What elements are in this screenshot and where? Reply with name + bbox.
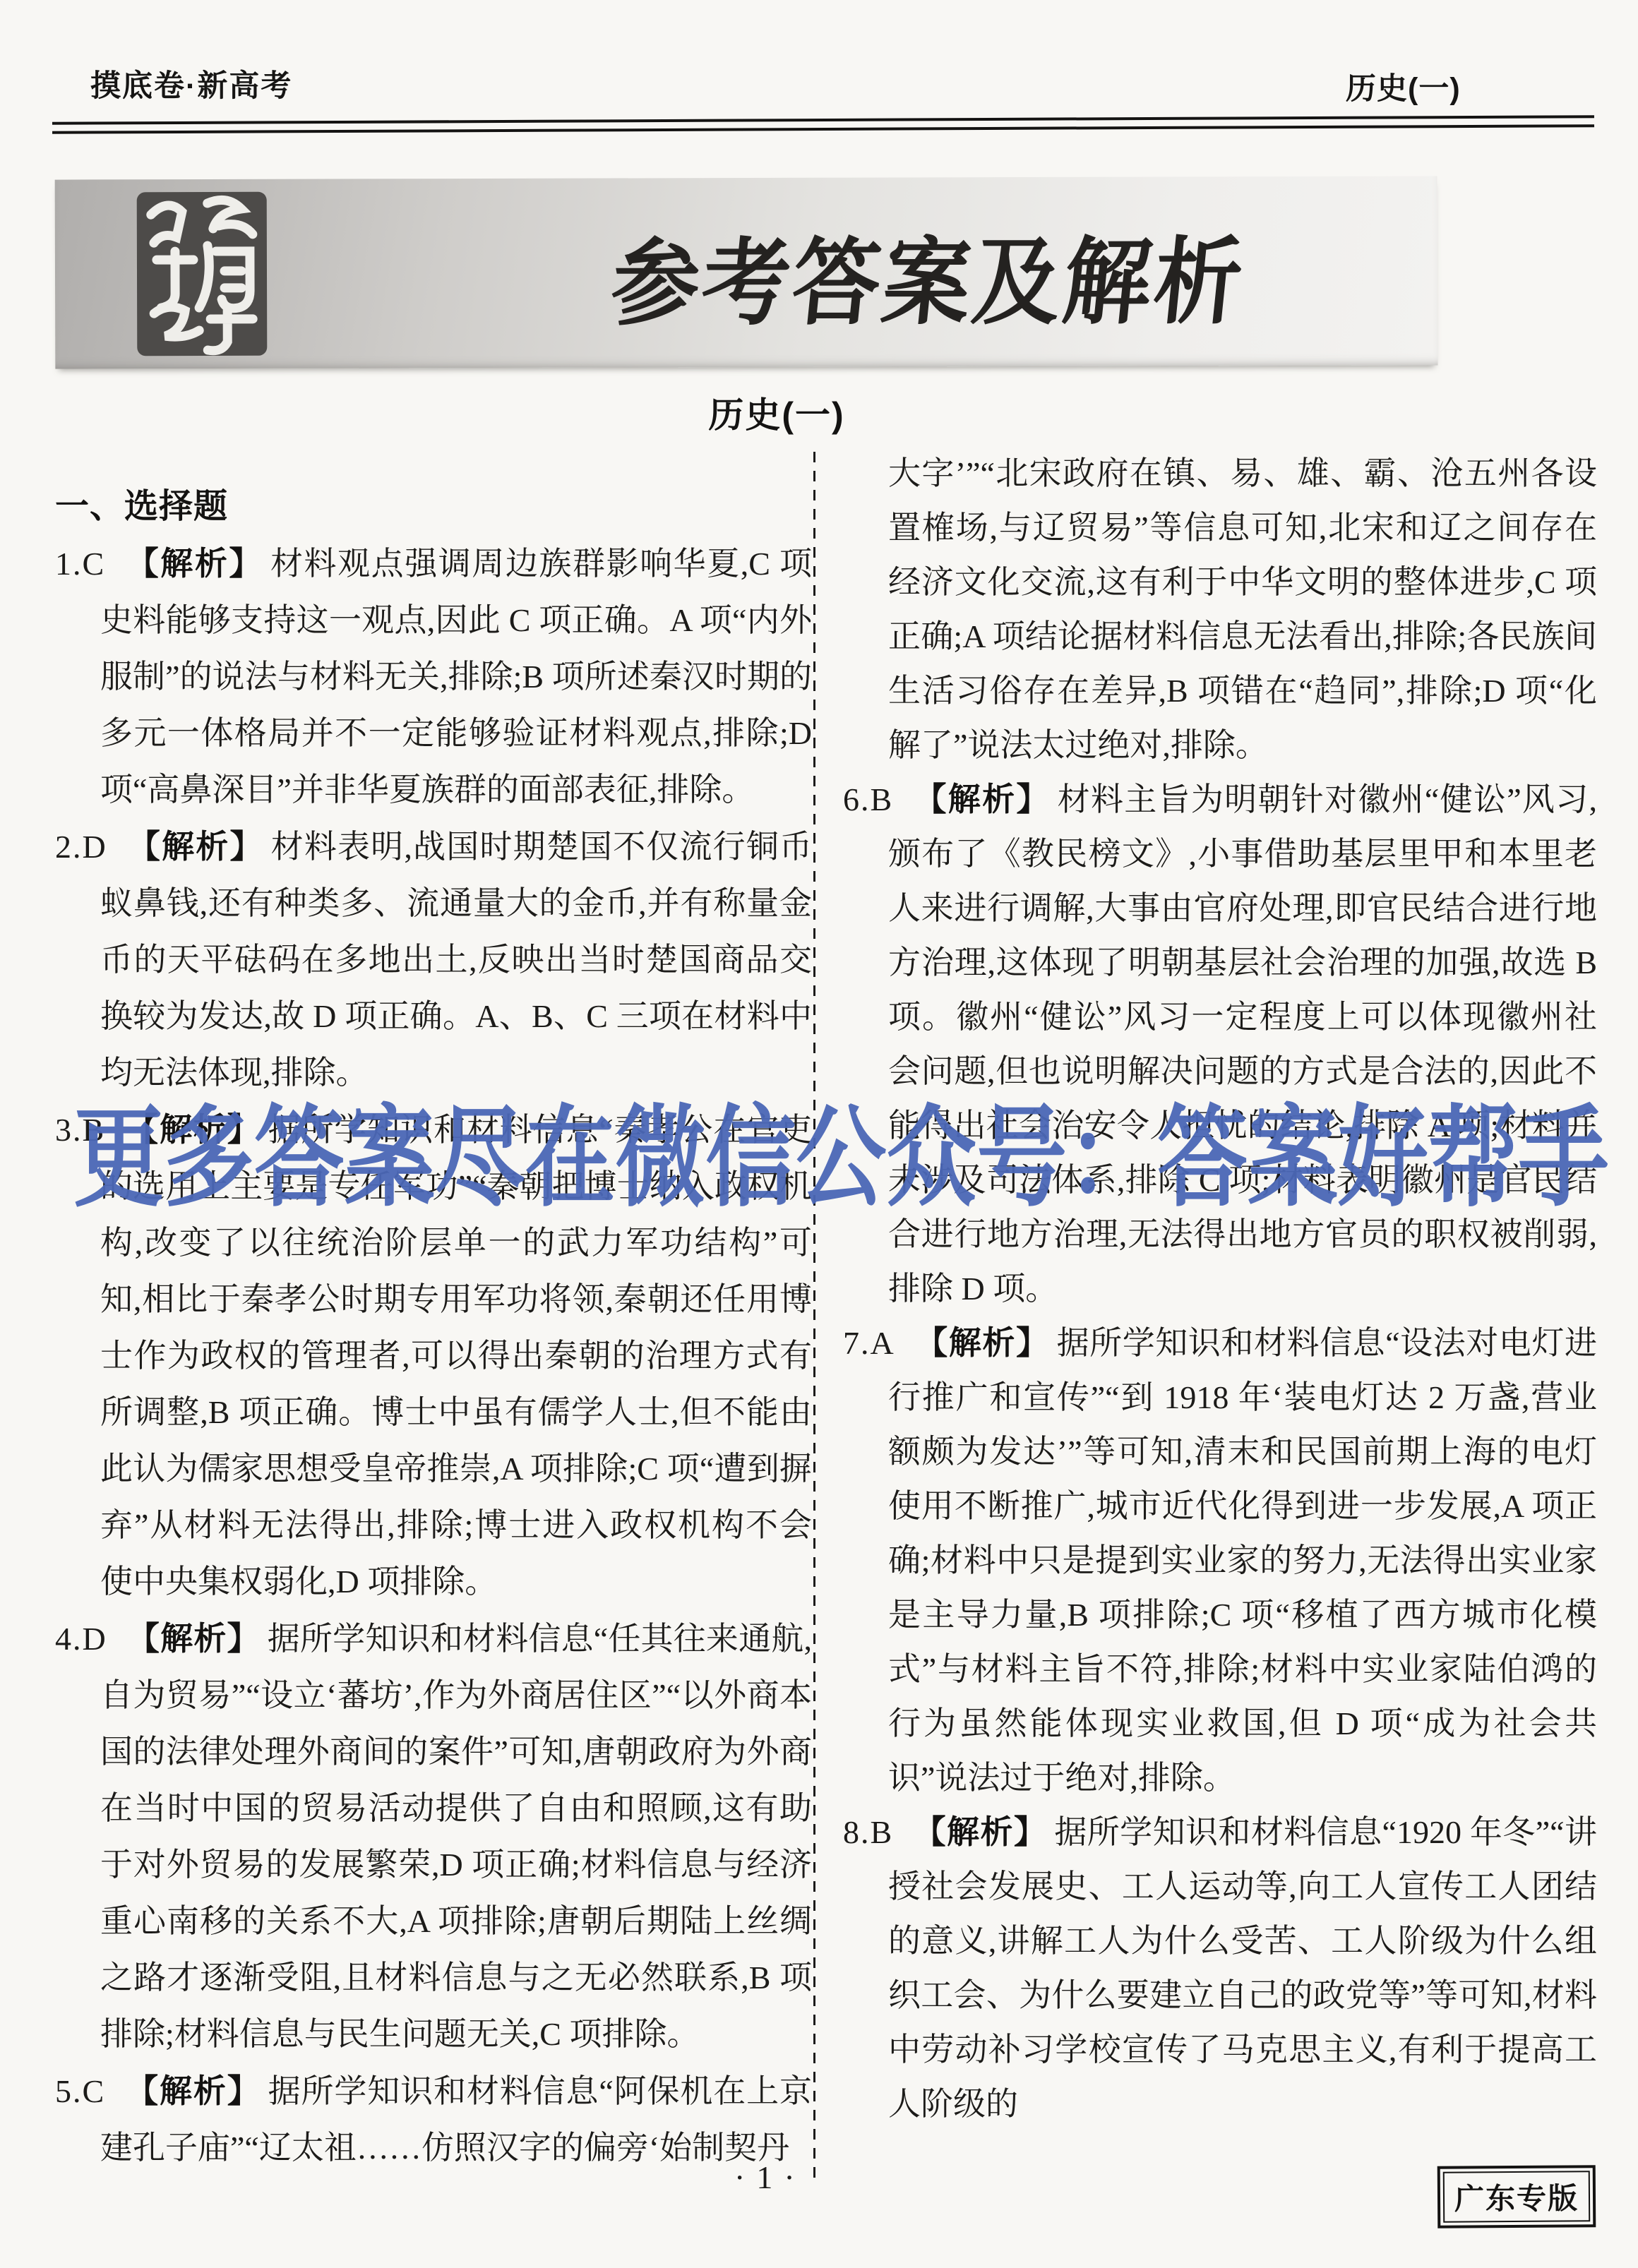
analysis-label: 【解析】: [125, 2072, 261, 2109]
left-column: 一、选择题 1.C【解析】材料观点强调周边族群影响华夏,C 项史料能够支持这一观…: [55, 479, 812, 2176]
answer-number: 7.A: [843, 1325, 895, 1361]
answer-number: 5.C: [55, 2073, 105, 2109]
answer-number: 8.B: [843, 1814, 893, 1850]
answer-item-5-continuation: 大字’”“北宋政府在镇、易、雄、霸、沧五州各设置榷场,与辽贸易”等信息可知,北宋…: [843, 446, 1597, 772]
answer-item-5: 5.C【解析】据所学知识和材料信息“阿保机在上京建孔子庙”“辽太祖……仿照汉字的…: [55, 2063, 812, 2176]
answer-banner: 参考答案及解析: [55, 176, 1438, 368]
answer-item-4: 4.D【解析】据所学知识和材料信息“任其往来通航,自为贸易”“设立‘蕃坊’,作为…: [55, 1610, 812, 2063]
analysis-text: 据所学知识和材料信息“秦孝公在官吏的选用上主要是专任军功”“秦朝把博士纳入政权机…: [100, 1112, 812, 1600]
analysis-text: 据所学知识和材料信息“设法对电灯进行推广和宣传”“到 1918 年‘装电灯达 2…: [888, 1325, 1597, 1796]
answer-number: 1.C: [55, 546, 105, 582]
column-divider: [813, 452, 815, 2180]
analysis-label: 【解析】: [125, 1111, 261, 1148]
analysis-text: 据所学知识和材料信息“任其往来通航,自为贸易”“设立‘蕃坊’,作为外商居住区”“…: [100, 1621, 812, 2052]
answer-item-6: 6.B【解析】材料主旨为明朝针对徽州“健讼”风习,颁布了《教民榜文》,小事借助基…: [843, 772, 1597, 1316]
analysis-label: 【解析】: [125, 545, 263, 582]
header-subject-label: 历史(一): [1346, 65, 1461, 108]
answer-item-3: 3.B【解析】据所学知识和材料信息“秦孝公在官吏的选用上主要是专任军功”“秦朝把…: [55, 1101, 812, 1610]
analysis-label: 【解析】: [913, 781, 1050, 817]
answer-item-1: 1.C【解析】材料观点强调周边族群影响华夏,C 项史料能够支持这一观点,因此 C…: [55, 535, 812, 818]
analysis-text: 材料主旨为明朝针对徽州“健讼”风习,颁布了《教民榜文》,小事借助基层里甲和本里老…: [888, 781, 1597, 1307]
analysis-text: 材料表明,战国时期楚国不仅流行铜币蚁鼻钱,还有种类多、流通量大的金币,并有称量金…: [100, 829, 812, 1091]
right-column: 大字’”“北宋政府在镇、易、雄、霸、沧五州各设置榷场,与辽贸易”等信息可知,北宋…: [843, 446, 1597, 2131]
analysis-text: 材料观点强调周边族群影响华夏,C 项史料能够支持这一观点,因此 C 项正确。A …: [100, 546, 812, 808]
header-double-rule: [52, 115, 1594, 134]
edition-badge-label: 广东专版: [1443, 2171, 1591, 2222]
answer-number: 2.D: [55, 829, 107, 865]
answer-number: 6.B: [843, 781, 893, 817]
answer-number: 4.D: [55, 1621, 107, 1657]
analysis-text: 据所学知识和材料信息“1920 年冬”“讲授社会发展史、工人运动等,向工人宣传工…: [888, 1814, 1597, 2122]
header-series-title: 摸底卷·新高考: [90, 62, 292, 105]
answer-number: 3.B: [55, 1112, 105, 1148]
publisher-seal-icon: [134, 189, 270, 359]
answer-item-7: 7.A【解析】据所学知识和材料信息“设法对电灯进行推广和宣传”“到 1918 年…: [843, 1316, 1597, 1805]
section-heading: 一、选择题: [55, 479, 812, 535]
analysis-label: 【解析】: [127, 1620, 261, 1657]
answer-item-2: 2.D【解析】材料表明,战国时期楚国不仅流行铜币蚁鼻钱,还有种类多、流通量大的金…: [55, 818, 812, 1101]
answer-item-8: 8.B【解析】据所学知识和材料信息“1920 年冬”“讲授社会发展史、工人运动等…: [843, 1805, 1597, 2131]
page-title: 历史(一): [0, 387, 1553, 438]
banner-title: 参考答案及解析: [606, 206, 1253, 344]
analysis-label: 【解析】: [913, 1813, 1047, 1850]
analysis-label: 【解析】: [915, 1324, 1050, 1361]
answer-key-page: 摸底卷·新高考 历史(一) 参考答案及解析: [0, 0, 1638, 2268]
edition-badge: 广东专版: [1437, 2165, 1596, 2228]
page-number: ·1·: [734, 2159, 806, 2196]
analysis-label: 【解析】: [127, 828, 264, 865]
